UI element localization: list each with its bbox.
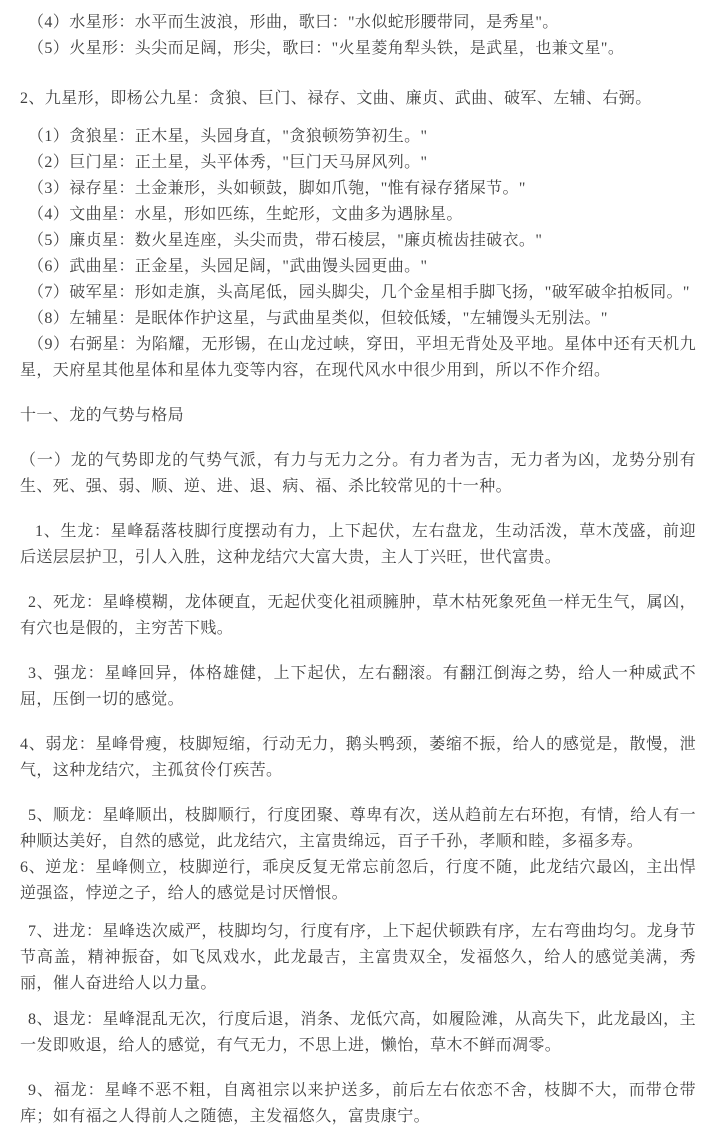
paragraph-star-3-lucun: （3）禄存星：土金兼形，头如顿鼓，脚如爪匏，"惟有禄存猪屎节。": [20, 176, 696, 202]
paragraph-dragon-8-tui: 8、退龙：星峰混乱无次，行度后退，消条、龙低穴高，如履险滩，从高失下，此龙最凶，…: [20, 1007, 696, 1059]
paragraph-dragon-5-shun: 5、顺龙：星峰顺出，枝脚顺行，行度团聚、尊卑有次，送从趋前左右环抱，有情，给人有…: [20, 803, 696, 855]
paragraph-dragon-4-ruo: 4、弱龙：星峰骨瘦，枝脚短缩，行动无力，鹅头鸭颈，萎缩不振，给人的感觉是，散慢，…: [20, 732, 696, 784]
section-heading-dragon-momentum: 十一、龙的气势与格局: [20, 403, 696, 429]
paragraph-dragon-7-jin: 7、进龙：星峰迭次威严，枝脚均匀，行度有序，上下起伏顿跌有序，左右弯曲均匀。龙身…: [20, 919, 696, 997]
document-page: （4）水星形：水平而生波浪，形曲，歌曰："水似蛇形腰带同，是秀星"。 （5）火星…: [0, 0, 712, 1143]
paragraph-star-shape-4-water: （4）水星形：水平而生波浪，形曲，歌曰："水似蛇形腰带同，是秀星"。: [20, 10, 696, 36]
paragraph-star-8-zuofu: （8）左辅星：是眠体作护这星，与武曲星类似，但较低矮，"左辅馒头无别法。": [20, 306, 696, 332]
paragraph-star-1-tanlang: （1）贪狼星：正木星，头园身直，"贪狼顿笏笋初生。": [20, 124, 696, 150]
paragraph-star-4-wenqu: （4）文曲星：水星，形如匹练，生蛇形，文曲多为遇脉星。: [20, 202, 696, 228]
paragraph-star-7-pojun: （7）破军星：形如走旗，头高尾低，园头脚尖，几个金星相手脚飞扬，"破军破伞拍板同…: [20, 280, 696, 306]
paragraph-star-2-jumen: （2）巨门星：正土星，头平体秀，"巨门天马屏风列。": [20, 150, 696, 176]
paragraph-dragon-2-si: 2、死龙：星峰模糊，龙体硬直，无起伏变化祖顽臃肿，草木枯死象死鱼一样无生气，属凶…: [20, 590, 696, 642]
paragraph-star-9-youbi: （9）右弼星：为陷耀，无形锡，在山龙过峡，穿田，平坦无背处及平地。星体中还有天机…: [20, 332, 696, 384]
paragraph-dragon-6-ni: 6、逆龙：星峰侧立，枝脚逆行，乖戾反复无常忘前忽后，行度不随，此龙结穴最凶，主出…: [20, 855, 696, 907]
paragraph-star-5-lianzhen: （5）廉贞星：数火星连座，头尖而贵，带石棱层，"廉贞梳齿挂破衣。": [20, 228, 696, 254]
paragraph-nine-stars-heading: 2、九星形，即杨公九星：贪狼、巨门、禄存、文曲、廉贞、武曲、破军、左辅、右弼。: [20, 86, 696, 112]
paragraph-dragon-momentum-intro: （一）龙的气势即龙的气势气派，有力与无力之分。有力者为吉，无力者为凶，龙势分别有…: [20, 448, 696, 500]
paragraph-star-6-wuqu: （6）武曲星：正金星，头园足阔，"武曲馒头园更曲。": [20, 254, 696, 280]
paragraph-dragon-3-qiang: 3、强龙：星峰回异，体格雄健，上下起伏，左右翻滚。有翻江倒海之势，给人一种威武不…: [20, 661, 696, 713]
paragraph-star-shape-5-fire: （5）火星形：头尖而足阔，形尖，歌曰："火星菱角犁头铁，是武星，也兼文星"。: [20, 36, 696, 62]
paragraph-dragon-9-fu: 9、福龙：星峰不恶不粗，自离祖宗以来护送多，前后左右依恋不舍，枝脚不大，而带仓带…: [20, 1078, 696, 1130]
paragraph-dragon-1-sheng: 1、生龙：星峰磊落枝脚行度摆动有力，上下起伏，左右盘龙，生动活泼，草木茂盛，前迎…: [20, 519, 696, 571]
